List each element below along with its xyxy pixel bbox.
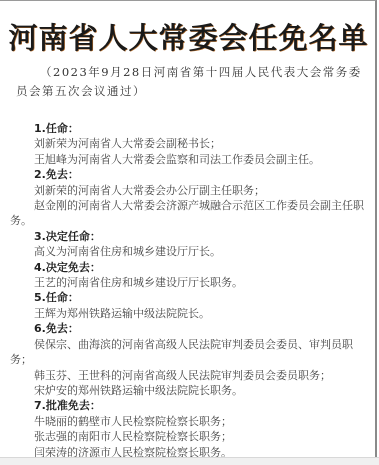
- section-heading: 1.任命：: [10, 121, 365, 136]
- document-page: 河南省人大常委会任免名单 （2023年9月28日河南省第十四届人民代表大会常务委…: [0, 0, 377, 457]
- appointment-list: 1.任命： 刘新荣为河南省人大常委会副秘书长； 王旭峰为河南省人大常委会监察和司…: [10, 121, 365, 460]
- section-5: 5.任命： 王辉为郑州铁路运输中级法院院长。: [10, 290, 365, 321]
- subtitle-text: （2023年9月28日河南省第十四届人民代表大会常务委员会第五次会议通过）: [16, 65, 362, 98]
- document-subtitle: （2023年9月28日河南省第十四届人民代表大会常务委员会第五次会议通过）: [16, 63, 366, 101]
- list-item: 高义为河南省住房和城乡建设厅厅长。: [10, 244, 365, 259]
- section-heading: 5.任命：: [10, 290, 365, 305]
- section-3: 3.决定任命： 高义为河南省住房和城乡建设厅厅长。: [10, 229, 365, 260]
- section-heading: 3.决定任命：: [10, 229, 365, 244]
- section-heading: 7.批准免去：: [10, 398, 365, 413]
- list-item: 张志强的南阳市人民检察院检察长职务；: [10, 429, 365, 444]
- list-item: 牛晓丽的鹤壁市人民检察院检察长职务；: [10, 414, 365, 429]
- list-item: 王旭峰为河南省人大常委会监察和司法工作委员会副主任。: [10, 152, 365, 167]
- bottom-strip: [0, 457, 379, 465]
- section-6: 6.免去： 侯保宗、曲海滨的河南省高级人民法院审判委员会委员、审判员职务； 韩玉…: [10, 321, 365, 398]
- section-1: 1.任命： 刘新荣为河南省人大常委会副秘书长； 王旭峰为河南省人大常委会监察和司…: [10, 121, 365, 167]
- list-item: 刘新荣为河南省人大常委会副秘书长；: [10, 136, 365, 151]
- list-item: 赵金刚的河南省人大常委会济源产城融合示范区工作委员会副主任职务。: [10, 198, 365, 229]
- list-item: 刘新荣的河南省人大常委会办公厅副主任职务；: [10, 183, 365, 198]
- section-4: 4.决定免去： 王艺的河南省住房和城乡建设厅厅长职务。: [10, 260, 365, 291]
- list-item: 侯保宗、曲海滨的河南省高级人民法院审判委员会委员、审判员职务；: [10, 337, 365, 368]
- section-heading: 6.免去：: [10, 321, 365, 336]
- section-2: 2.免去： 刘新荣的河南省人大常委会办公厅副主任职务； 赵金刚的河南省人大常委会…: [10, 167, 365, 229]
- list-item: 王辉为郑州铁路运输中级法院院长。: [10, 306, 365, 321]
- list-item: 宋炉安的郑州铁路运输中级法院院长职务。: [10, 383, 365, 398]
- document-title: 河南省人大常委会任免名单: [0, 21, 377, 55]
- list-item: 韩玉芬、王世科的河南省高级人民法院审判委员会委员职务；: [10, 368, 365, 383]
- section-heading: 4.决定免去：: [10, 260, 365, 275]
- section-heading: 2.免去：: [10, 167, 365, 182]
- section-7: 7.批准免去： 牛晓丽的鹤壁市人民检察院检察长职务； 张志强的南阳市人民检察院检…: [10, 398, 365, 460]
- list-item: 王艺的河南省住房和城乡建设厅厅长职务。: [10, 275, 365, 290]
